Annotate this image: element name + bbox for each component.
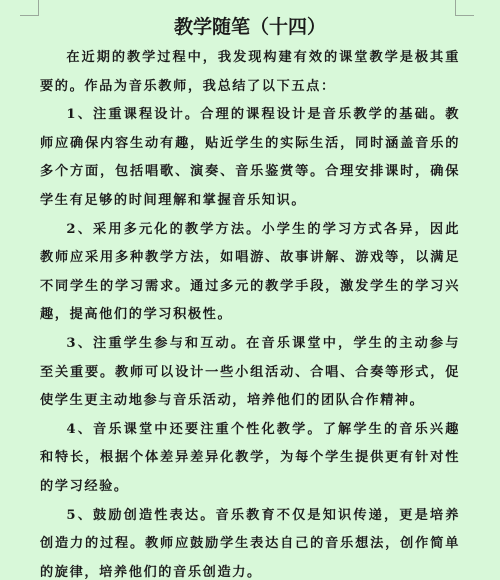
- paragraph-point-1: 1、注重课程设计。合理的课程设计是音乐教学的基础。教师应确保内容生动有趣，贴近学…: [40, 101, 460, 215]
- paragraph-point-5: 5、鼓励创造性表达。音乐教育不仅是知识传递，更是培养创造力的过程。教师应鼓励学生…: [40, 502, 460, 580]
- paragraph-point-4: 4、音乐课堂中还要注重个性化教学。了解学生的音乐兴趣和特长，根据个体差异差异化教…: [40, 416, 460, 502]
- document-page: 教学随笔（十四） 在近期的教学过程中，我发现构建有效的课堂教学是极其重要的。作品…: [40, 14, 460, 580]
- paragraph-intro: 在近期的教学过程中，我发现构建有效的课堂教学是极其重要的。作品为音乐教师，我总结…: [40, 44, 460, 101]
- paragraph-point-2: 2、采用多元化的教学方法。小学生的学习方式各异，因此教师应采用多种教学方法，如唱…: [40, 216, 460, 330]
- paragraph-point-3: 3、注重学生参与和互动。在音乐课堂中，学生的主动参与至关重要。教师可以设计一些小…: [40, 330, 460, 416]
- document-title: 教学随笔（十四）: [40, 14, 460, 40]
- page-corner-mark-left: [20, 0, 39, 16]
